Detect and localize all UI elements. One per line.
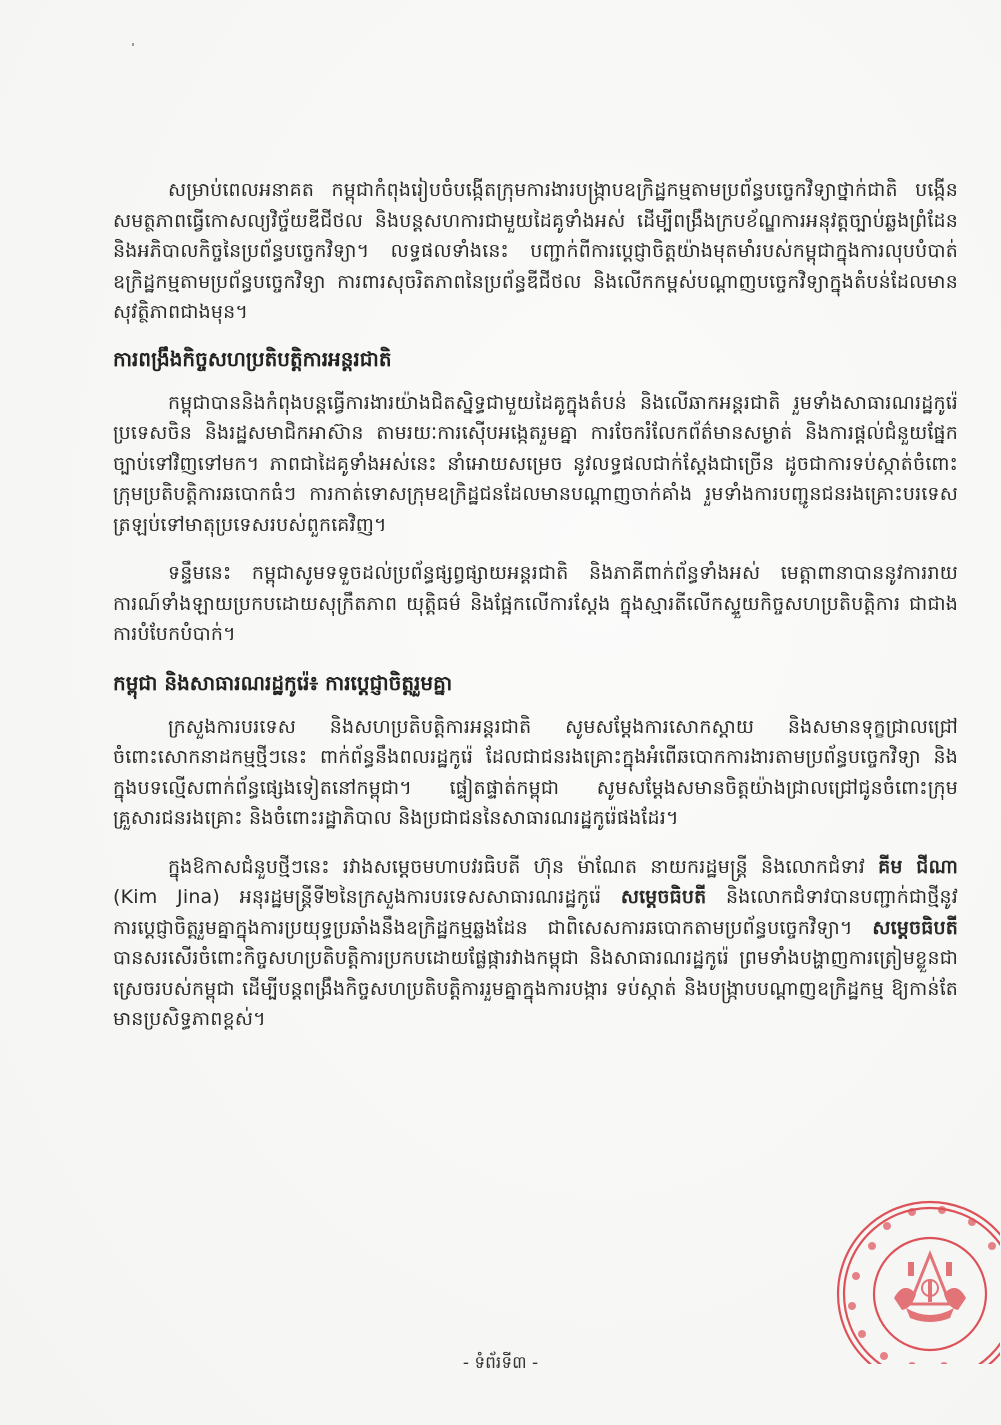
meeting-text-4: បានសរសើរចំពោះកិច្ចសហប្រតិបត្តិការប្រកបដោ… [113, 947, 958, 1030]
section-heading-international-cooperation: ការពង្រឹងកិច្ចសហប្រតិបត្តិការអន្តរជាតិ [113, 344, 958, 374]
title-samdech-thipadei-2: សម្តេចធិបតី [872, 917, 958, 939]
document-body: សម្រាប់ពេលអនាគត កម្ពុជាកំពុងរៀបចំបង្កើតក… [113, 175, 958, 1053]
section-heading-cambodia-korea: កម្ពុជា និងសាធារណរដ្ឋកូរ៉េ៖ ការប្តេជ្ញាច… [113, 668, 958, 698]
page-number: - ទំព័រទី៣ - [0, 1352, 1001, 1377]
title-samdech-thipadei-1: សម្តេចធិបតី [621, 886, 707, 908]
meeting-text-2: (Kim Jina) អនុរដ្ឋមន្ត្រីទី២នៃក្រសួងការប… [113, 886, 621, 908]
paragraph-future-plans: សម្រាប់ពេលអនាគត កម្ពុជាកំពុងរៀបចំបង្កើតក… [113, 175, 958, 328]
paragraph-meeting: ក្នុងឱកាសជំនួបថ្មីៗនេះ រវាងសម្តេចមហាបវរធ… [113, 852, 958, 1035]
paragraph-partnerships: កម្ពុជាបាននិងកំពុងបន្តធ្វើការងារយ៉ាងជិតស… [113, 388, 958, 541]
name-kim-jina: គីម ជីណា [878, 856, 958, 878]
paragraph-condolences: ក្រសួងការបរទេស និងសហប្រតិបត្តិការអន្តរជា… [113, 712, 958, 834]
meeting-text-1: ក្នុងឱកាសជំនួបថ្មីៗនេះ រវាងសម្តេចមហាបវរធ… [168, 856, 878, 878]
scan-artifact [132, 43, 134, 46]
document-page: សម្រាប់ពេលអនាគត កម្ពុជាកំពុងរៀបចំបង្កើតក… [0, 0, 1001, 1425]
official-seal-icon [832, 1196, 1000, 1364]
paragraph-media-appeal: ទន្ទឹមនេះ កម្ពុជាសូមទទួចដល់ប្រព័ន្ធផ្សព្… [113, 558, 958, 650]
